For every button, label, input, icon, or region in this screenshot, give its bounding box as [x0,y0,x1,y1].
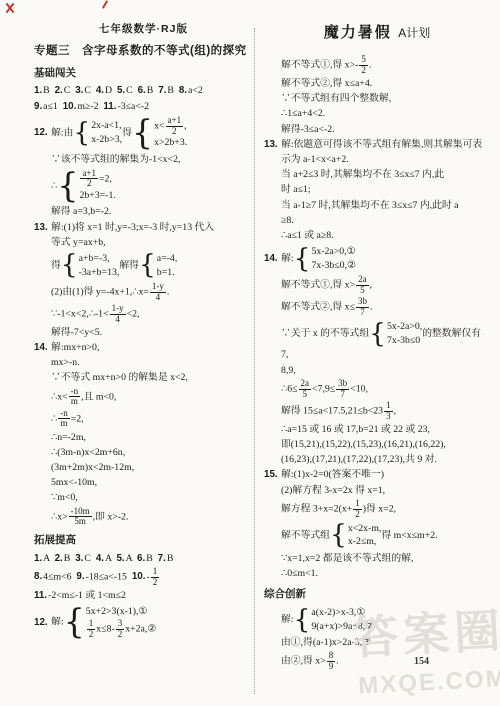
item-number: 5. [117,85,125,96]
text-segment: 得 m<x≤m+2. [381,530,437,541]
brace-icon: { [139,254,156,276]
section-header: 综合创新 [264,587,490,602]
fraction: 12 [352,499,363,519]
equation-row: 9(a+x)>9a+8,② [311,620,374,634]
text-segment: 5x+2>3(x-1),① [86,606,147,617]
text-segment: 解: [281,614,294,625]
text-segment: 8,9, [281,365,296,376]
solution-line: 14. 解:{5x-2a>0,①7x-3b≤0,② [264,244,490,273]
text-segment: -2<m≤-1 或 1<m≤2 [48,590,126,601]
solution-line: 12. 解:{5x+2>3(x-1),①12x≤8-32x+2a,② [34,604,253,640]
text-segment: C [84,553,95,564]
equation-system: {5x+2>3(x-1),①12x≤8-32x+2a,② [64,605,157,639]
item-number: 14. [264,253,278,264]
text-segment: x-2≤m, [348,536,377,547]
fraction-denominator: m [58,419,69,429]
equation-system: {a+12=2,2b+3=-1. [57,169,116,203]
text-segment: -3a+b=13, [79,267,120,278]
brace-icon: { [294,609,311,631]
topic-title: 专题三 含字母系数的不等式(组)的探究 [34,43,253,59]
solution-line: 解得-3≤a<-2. [264,123,490,137]
equation-row: 12x≤8-32x+2a,② [86,619,156,639]
solution-line: ≥8. [264,214,490,228]
text-segment: x<2x-m, [348,523,382,534]
fraction: 3b7 [335,379,350,399]
solution-line: ∵m<0, [34,491,253,505]
equation-row: x<a+12, [154,116,187,136]
fraction: -nm [68,387,82,407]
page-number: 154 [414,655,429,669]
brace-icon: { [73,122,90,144]
item-number: 12. [34,617,48,628]
fraction: 13 [383,401,394,421]
fraction: -10m5m [68,507,93,527]
fraction-denominator: 2 [359,66,368,76]
text-segment: (3m+2m)x<2m-12m, [51,462,134,473]
fraction-numerator: 1 [384,401,393,412]
item-number: 7. [158,553,166,564]
solution-line: 得{a+b=-3,-3a+b=13,解得{a=-4,b=1. [34,251,253,280]
fraction-numerator: 3 [116,619,125,630]
solution-line: 1.A 2.B 3.C 4.A 5.A 6.B 7.B [34,552,253,566]
left-column-content: 基础闯关1.B 2.C 3.C 4.D 5.C 6.B 7.B 8.a<29.a… [34,66,253,641]
text-segment: . [336,656,338,667]
equation-system: {2x-a<1,x-2b>3, [73,119,122,146]
brace-icon: { [64,608,85,636]
solution-line: (16,23),(17,21),(17,22),(17,23),共 9 对. [264,453,490,467]
text-segment: -18≤a<-15 [86,571,132,582]
text-segment: ∵不等式 mx+n>0 的解集是 x<2, [51,372,188,383]
fraction-denominator: 4 [113,315,122,325]
solution-line: 解得-7<y<5. [34,326,253,340]
solution-line: 解不等式②,得 x≤a+4. [264,77,490,91]
solution-line: 12. 解:由{2x-a<1,x-2b>3,得{x<a+12,x>2b+3. [34,115,253,151]
left-column: 七年级数学·RJ版 专题三 含字母系数的不等式(组)的探究 基础闯关1.B 2.… [34,22,253,642]
text-segment: B [43,85,54,96]
equation-system: {a(x-2)>x-3,①9(a+x)>9a+8,② [294,606,374,633]
equation-system-rows: a=-4,b=1. [157,252,177,279]
equation-system: {a+b=-3,-3a+b=13, [61,252,120,279]
fraction-denominator: 2 [353,510,362,520]
solution-line: ∴a=15 或 16 或 17,b=21 或 22 或 23, [264,423,490,437]
fraction-denominator: m [69,397,80,407]
solution-line: 8,9, [264,364,490,378]
text-segment: 2x-a<1, [91,120,121,131]
text-segment: (16,23),(17,21),(17,22),(17,23),共 9 对. [281,454,437,465]
equation-row: a+b=-3, [79,252,120,266]
fraction: 32 [115,619,126,639]
text-segment: =2, [99,173,112,184]
text-segment: mx>-n. [51,357,80,368]
text-segment: 解不等式②,得 x≤a+4. [281,78,372,89]
fraction-denominator: 9 [327,662,336,672]
item-number: 4. [96,85,104,96]
book-title-header: 魔力暑假 A计划 [264,22,490,43]
text-segment: 解得 15≤a<17.5,21≤b<23 [281,405,383,416]
fraction: 89 [326,651,337,671]
text-segment: ∴a≤1 或 a≥8. [281,230,334,241]
brace-icon: { [57,172,78,200]
item-number: 3. [75,553,83,564]
solution-line: 由①,得(a-1)x>2a-3,③ [264,636,490,650]
text-segment: 解: [279,253,294,264]
equation-system-rows: x<a+12,x>2b+3. [154,116,187,150]
text-segment: x+2a,② [125,623,156,634]
item-number: 2. [55,553,63,564]
solution-line: (2)由(1)得 y=-4x+1,∴x=1-y4. [34,282,253,302]
equation-row: x-2≤m, [348,535,382,549]
item-number: 5. [116,553,124,564]
item-number: 9. [34,101,42,112]
text-segment: m≥-2 [77,101,103,112]
text-segment: B [167,85,178,96]
item-number: 1. [34,553,42,564]
solution-line: 15. 解:(1)x-2=0(答案不唯一) [264,468,490,482]
text-segment: x>2b+3. [154,137,187,148]
solution-line: 5mx<-10m, [34,476,253,490]
equation-system: {5x-2a>0,7x-3b≤0 [369,320,422,347]
solution-line: 等式 y=ax+b, [34,236,253,250]
text-segment: a<2 [188,85,203,96]
solution-line: 解不等式②,得 x≤3b7. [264,297,490,317]
equation-row: 5x-2a>0,① [311,245,355,259]
text-segment: 解方程 3+x=2(x+ [281,503,352,514]
text-segment: <7,9≤ [312,383,335,394]
item-number: 10. [63,101,77,112]
fraction-denominator: 2 [151,578,160,588]
equation-row: x<2x-m, [348,522,382,536]
equation-system-rows: 2x-a<1,x-2b>3, [91,119,122,146]
text-segment: C [84,85,95,96]
solution-line: 解不等式①,得 x>-52. [264,55,490,75]
book-title: 魔力暑假 [324,24,392,41]
solution-line: 解不等式组{x<2x-m,x-2≤m,得 m<x≤m+2. [264,521,490,550]
solution-line: 解不等式①,得 x>2a5, [264,275,490,295]
text-segment: 7x-3b≤0,② [311,260,355,271]
solution-line: ∵不等式组有四个整数解, [264,92,490,106]
fraction-denominator: 4 [154,293,163,303]
fraction-numerator: 3b [336,379,349,390]
text-segment: 解得-7<y<5. [51,327,102,338]
text-segment: B [64,553,75,564]
fraction-denominator: 3 [384,412,393,422]
text-segment: 解:(1)将 x=1 时,y=-3;x=-3 时,y=13 代入 [49,222,215,233]
solution-line: ∴n=-2m, [34,431,253,445]
fraction-denominator: 5m [72,517,88,527]
text-segment: D [105,85,117,96]
solution-line: ∵x=1,x=2 都是该不等式组的解, [264,552,490,566]
fraction-denominator: 5 [358,286,367,296]
text-segment: ∴0≤m<1. [281,568,318,579]
text-segment: 解:依题意可得该不等式组有解集,则其解集可表 [279,139,483,150]
equation-row: 5x-2a>0, [387,320,422,334]
brace-icon: { [369,323,386,345]
equation-system-rows: a(x-2)>x-3,①9(a+x)>9a+8,② [311,606,374,633]
text-segment: 2b+3=-1. [79,190,115,201]
text-segment: -3≤a<-2 [117,101,149,112]
fraction: -nm [57,409,71,429]
solution-line: 解方程 3+x=2(x+12)得 x=2, [264,499,490,519]
equation-row: a+12=2, [79,169,115,189]
solution-line: ∵-1<x<2,∴-1<1-y4<2, [34,304,253,324]
text-segment: B [146,553,157,564]
solution-line: ∴{a+12=2,2b+3=-1. [34,168,253,204]
solution-line: 9.a≤1 10.m≥-2 11.-3≤a<-2 [34,100,253,114]
text-segment: x< [154,120,164,131]
solution-line: 示为 a-1<x<a+2. [264,153,490,167]
equation-system: {5x-2a>0,①7x-3b≤0,② [294,245,356,272]
equation-row: x>2b+3. [154,136,187,150]
item-number: 11. [103,101,116,112]
right-column-content: 解不等式①,得 x>-52.解不等式②,得 x≤a+4.∵不等式组有四个整数解,… [264,55,490,672]
text-segment: A [43,553,54,564]
text-segment: 5mx<-10m, [51,477,97,488]
section-header: 基础闯关 [34,66,253,81]
fraction-denominator: 2 [87,630,96,640]
solution-line: 即(15,21),(15,22),(15,23),(16,21),(16,22)… [264,438,490,452]
text-segment: 解得-3≤a<-2. [281,124,335,135]
solution-line: 当 a+2≤3 时,其解集均不在 3≤x≤7 内,此 [264,168,490,182]
section-header: 拓展提高 [34,533,253,548]
solution-line: 解:{a(x-2)>x-3,①9(a+x)>9a+8,② [264,605,490,634]
equation-row: 2b+3=-1. [79,189,115,203]
text-segment: 解得 a=3,b=-2. [51,206,111,217]
solution-line: 11.-2<m≤-1 或 1<m≤2 [34,589,253,603]
fraction-denominator: 5 [301,390,310,400]
item-number: 12. [34,127,48,138]
fraction: 12 [86,619,97,639]
item-number: 11. [34,590,47,601]
fraction-numerator: 1 [353,499,362,510]
text-segment: 9(a+x)>9a+8,② [311,621,374,632]
text-segment: )得 x=2, [363,503,396,514]
text-segment: . [370,302,372,313]
text-segment: 解不等式组 [281,530,330,541]
text-segment: 时 a≤1; [281,184,311,195]
item-number: 13. [264,139,278,150]
solution-line: ∴1≤a+4<2. [264,107,490,121]
fraction-denominator: 2 [116,630,125,640]
equation-row: a(x-2)>x-3,① [311,606,374,620]
plan-label: A计划 [398,26,430,40]
equation-system-rows: a+b=-3,-3a+b=13, [79,252,120,279]
fraction: 52 [358,55,369,75]
fraction-denominator: 2 [170,127,179,137]
solution-line: 13. 解:依题意可得该不等式组有解集,则其解集可表 [264,138,490,152]
column-divider [254,28,255,694]
text-segment: ∴x< [51,391,68,402]
fraction-numerator: 1 [87,619,96,630]
text-segment: ,即 x>-2. [93,511,129,522]
fraction-denominator: 7 [358,308,367,318]
text-segment: A [105,553,116,564]
item-number: 3. [75,85,83,96]
text-segment: a+b=-3, [79,253,110,264]
text-segment: C [64,85,75,96]
fraction: 12 [150,567,161,587]
text-segment: 解: [49,617,64,628]
equation-row: x-2b>3, [91,133,122,147]
item-number: 6. [138,85,146,96]
brace-icon: { [330,524,347,546]
item-number: 13. [34,222,48,233]
text-segment: 示为 a-1<x<a+2. [281,154,349,165]
item-number: 1. [34,85,42,96]
text-segment: a(x-2)>x-3,① [311,607,365,618]
text-segment: . [369,59,371,70]
text-segment: 解:(1)x-2=0(答案不唯一) [279,469,384,480]
brace-icon: { [61,254,78,276]
text-segment: , [394,405,396,416]
text-segment: B [167,553,174,564]
text-segment: 解得 [119,260,139,271]
text-segment: 得 [122,127,132,138]
solution-line: ∴0≤m<1. [264,567,490,581]
equation-row: 5x+2>3(x-1),① [86,605,156,619]
fraction-numerator: a+1 [166,116,184,127]
text-segment: =2, [71,413,84,424]
text-segment: 4≤m<6 [43,571,76,582]
solution-line: 解得 a=3,b=-2. [34,205,253,219]
text-segment: <10, [350,383,368,394]
fraction-numerator: 2a [299,379,312,390]
solution-line: ∵不等式 mx+n>0 的解集是 x<2, [34,371,253,385]
red-pen-mark-icon [4,2,16,14]
solution-line: mx>-n. [34,356,253,370]
equation-system-rows: 5x-2a>0,7x-3b≤0 [387,320,422,347]
text-segment: ∴(3m-n)x<2m+6n, [51,447,125,458]
solution-line: (2)解方程 3-x=2x 得 x=1, [264,484,490,498]
solution-line: 1.B 2.C 3.C 4.D 5.C 6.B 7.B 8.a<2 [34,84,253,98]
text-segment: ∴6≤ [281,383,298,394]
brace-icon: { [132,119,153,147]
text-segment: 等式 y=ax+b, [51,237,106,248]
item-number: 9. [76,571,84,582]
text-segment: ∴1≤a+4<2. [281,108,325,119]
equation-system: {a=-4,b=1. [139,252,177,279]
fraction: a+12 [79,169,99,189]
item-number: 6. [137,553,145,564]
text-segment: 解不等式①,得 x> [281,280,355,291]
equation-row: a=-4, [157,252,177,266]
right-column: 魔力暑假 A计划 解不等式①,得 x>-52.解不等式②,得 x≤a+4.∵不等… [264,22,490,673]
item-number: 8. [179,85,187,96]
equation-system-rows: 5x-2a>0,①7x-3b≤0,② [311,245,355,272]
text-segment: 解不等式②,得 x≤ [281,302,355,313]
solution-line: ∵该不等式组的解集为-1<x<2, [34,153,253,167]
text-segment: 得 [51,260,61,271]
workbook-answer-page: 七年级数学·RJ版 专题三 含字母系数的不等式(组)的探究 基础闯关1.B 2.… [0,0,500,706]
fraction: 2a5 [355,275,370,295]
text-segment: 解:mx+n>0, [49,342,100,353]
text-segment: ,且 m<0, [81,391,116,402]
text-segment: x-2b>3, [91,134,122,145]
text-segment: ∵-1<x<2,∴-1< [51,308,109,319]
text-segment: ∵关于 x 的不等式组 [281,328,369,339]
item-number: 2. [55,85,63,96]
solution-line: ∴a≤1 或 a≥8. [264,229,490,243]
text-segment: 7x-3b≤0 [387,335,420,346]
text-segment: 即(15,21),(15,22),(15,23),(16,21),(16,22)… [281,439,446,450]
fraction-denominator: 7 [338,390,347,400]
solution-line: ∵关于 x 的不等式组{5x-2a>0,7x-3b≤0的整数解仅有 7, [264,319,490,362]
fraction: 3b7 [355,297,370,317]
text-segment: ∵x=1,x=2 都是该不等式组的解, [281,553,413,564]
text-segment: a≤1 [43,101,63,112]
equation-system-rows: x<2x-m,x-2≤m, [348,522,382,549]
text-segment: 当 a+2≤3 时,其解集均不在 3≤x≤7 内,此 [281,169,444,180]
text-segment: ≥8. [281,215,294,226]
solution-line: 解得 15≤a<17.5,21≤b<2313, [264,401,490,421]
text-segment: 当 a-1≥7 时,其解集均不在 3≤x≤7 内,此时 a [281,200,459,211]
item-number: 8. [34,571,42,582]
text-segment: (2)由(1)得 y=-4x+1,∴x= [51,286,149,297]
equation-system-rows: 5x+2>3(x-1),①12x≤8-32x+2a,② [86,605,156,639]
text-segment: B [147,85,158,96]
edition-header: 七年级数学·RJ版 [34,22,253,37]
text-segment: a=-4, [157,253,177,264]
solution-line: ∴-nm=2, [34,409,253,429]
fraction: 1-y4 [109,304,127,324]
equation-system-rows: a+12=2,2b+3=-1. [79,169,115,203]
text-segment: 解:由 [49,127,74,138]
equation-system: {x<a+12,x>2b+3. [132,116,187,150]
equation-row: -3a+b=13, [79,266,120,280]
text-segment: , [370,280,372,291]
item-number: 4. [96,553,104,564]
text-segment: A [126,553,137,564]
text-segment: ∵该不等式组的解集为-1<x<2, [51,154,180,165]
equation-row: 2x-a<1, [91,119,122,133]
solution-line: 14. 解:mx+n>0, [34,341,253,355]
text-segment: ∴a=15 或 16 或 17,b=21 或 22 或 23, [281,424,430,435]
text-segment: . [167,286,169,297]
equation-row: 7x-3b≤0 [387,334,422,348]
fraction-denominator: 2 [85,179,94,189]
solution-line: 时 a≤1; [264,183,490,197]
item-number: 7. [158,85,166,96]
solution-line: ∴x>-10m5m,即 x>-2. [34,507,253,527]
text-segment: ∵m<0, [51,492,78,503]
solution-line: 当 a-1≥7 时,其解集均不在 3≤x≤7 内,此时 a [264,199,490,213]
text-segment: 解不等式①,得 x>- [281,59,358,70]
text-segment: C [126,85,137,96]
fraction: a+12 [165,116,185,136]
equation-row: 7x-3b≤0,② [311,259,355,273]
text-segment: 5x-2a>0, [387,321,422,332]
item-number: 15. [264,469,278,480]
solution-line: 8.4≤m<6 9.-18≤a<-15 10.-12 [34,567,253,587]
fraction: 2a5 [298,379,313,399]
text-segment: b=1. [157,267,175,278]
fraction: 1-y4 [149,282,167,302]
item-number: 14. [34,342,48,353]
solution-line: ∴x<-nm,且 m<0, [34,387,253,407]
equation-system: {x<2x-m,x-2≤m, [330,522,381,549]
red-pen-mark-icon [100,0,110,9]
solution-line: 由②,得 x>89. [264,651,490,671]
equation-row: b=1. [157,266,177,280]
text-segment: 由①,得(a-1)x>2a-3,③ [281,637,371,648]
solution-line: (3m+2m)x<2m-12m, [34,461,253,475]
text-segment: x≤8- [96,623,114,634]
item-number: 10. [132,571,146,582]
text-segment: 5x-2a>0,① [311,246,355,257]
solution-line: ∴6≤2a5<7,9≤3b7<10, [264,379,490,399]
text-segment: ∴n=-2m, [51,432,86,443]
solution-line: ∴(3m-n)x<2m+6n, [34,446,253,460]
text-segment: <2, [127,308,140,319]
